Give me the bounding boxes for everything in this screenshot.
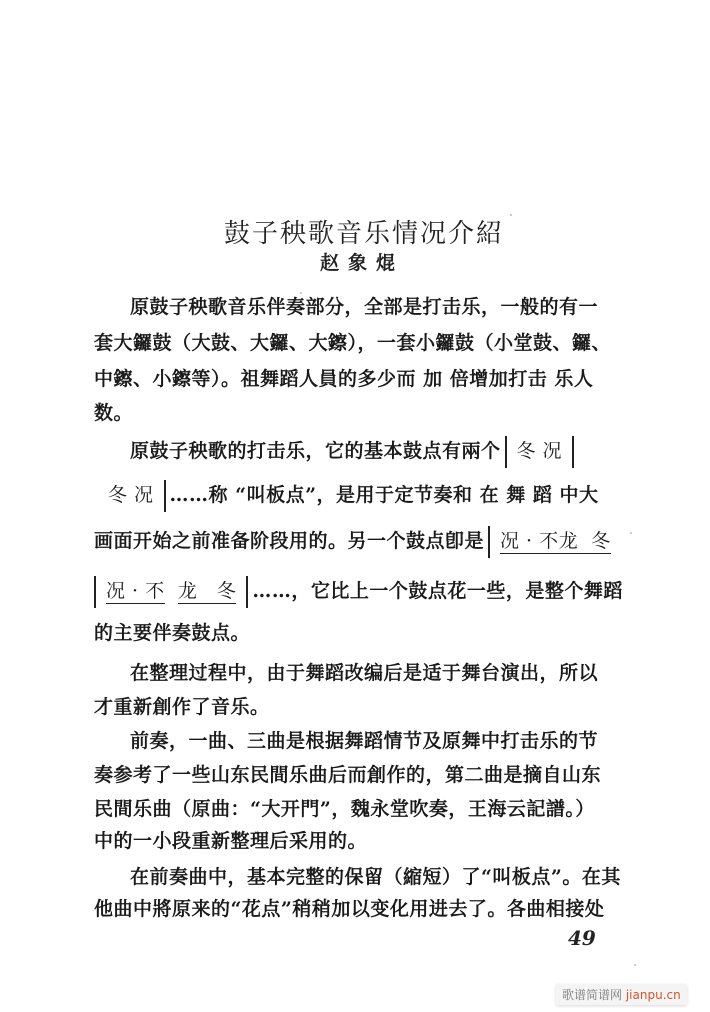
scan-speck	[300, 292, 302, 294]
paragraph-2-text: ……称 “叫板点”，是用于定节奏和 在 舞 蹈 中大	[170, 484, 599, 506]
paragraph-3-line-2: 才重新創作了音乐。	[94, 694, 634, 720]
paragraph-2-text: 原鼓子秧歌的打击乐，它的基本鼓点有兩个	[130, 440, 501, 462]
paragraph-1-line-2: 套大鑼鼓（大鼓、大鑼、大鑔），一套小鑼鼓（小堂鼓、鑼、	[94, 330, 634, 356]
paragraph-2-line-5: 的主要伴奏鼓点。	[94, 620, 634, 646]
author-name: 赵象焜	[0, 248, 710, 275]
paragraph-4-line-4: 中的一小段重新整理后采用的。	[94, 828, 634, 854]
drum-beat-notation-jiaoban-part2: 冬 况	[94, 480, 166, 512]
beat-text: 冬 况	[517, 440, 563, 462]
beat-text: 龙	[559, 530, 579, 554]
scan-speck	[510, 214, 512, 216]
paragraph-5-line-2: 他曲中將原来的“花点”稍稍加以变化用进去了。各曲相接处	[94, 896, 634, 922]
paragraph-2-line-2: 冬 况……称 “叫板点”，是用于定节奏和 在 舞 蹈 中大	[94, 480, 634, 512]
scan-speck	[634, 964, 636, 966]
paragraph-2-line-4: 况 · 不 龙 冬……，它比上一个鼓点花一些，是整个舞蹈	[94, 576, 634, 608]
paragraph-1-line-1: 原鼓子秧歌音乐伴奏部分，全部是打击乐，一般的有一	[130, 294, 670, 320]
paragraph-2-text: ……，它比上一个鼓点花一些，是整个舞蹈	[252, 580, 623, 602]
beat-text: 冬 况	[108, 484, 154, 506]
paragraph-4-line-1: 前奏，一曲、三曲是根据舞蹈情节及原舞中打击乐的节	[130, 728, 670, 754]
watermark-site-name: 歌谱简谱网	[562, 988, 622, 1002]
paragraph-3-line-1: 在整理过程中，由于舞蹈改编后是适于舞台演出，所以	[130, 660, 670, 686]
beat-text: 冬	[578, 530, 611, 554]
beat-text: 龙 冬	[178, 580, 237, 604]
paragraph-4-line-2: 奏参考了一些山东民間乐曲后而創作的，第二曲是摘自山东	[94, 762, 634, 788]
page-title: 鼓子秧歌音乐情况介紹	[0, 213, 710, 250]
paragraph-2-text: 画面开始之前准备阶段用的。另一个鼓点卽是	[94, 530, 484, 552]
beat-text: 况 · 不	[500, 530, 559, 554]
watermark: 歌谱简谱网 jianpu.cn	[556, 984, 687, 1005]
paragraph-1-line-4: 数。	[94, 400, 634, 426]
scan-speck	[630, 532, 632, 534]
paragraph-1-line-3: 中鑔、小鑔等）。祖舞蹈人員的多少而 加 倍增加打击 乐人	[94, 366, 634, 392]
paragraph-2-line-1: 原鼓子秧歌的打击乐，它的基本鼓点有兩个冬 况	[130, 436, 670, 468]
drum-beat-notation-huadian-part2: 况 · 不 龙 冬	[94, 576, 248, 608]
paragraph-5-line-1: 在前奏曲中，基本完整的保留（縮短）了“叫板点”。在其	[130, 864, 670, 890]
drum-beat-notation-jiaoban-part1: 冬 况	[505, 436, 575, 468]
drum-beat-notation-huadian-part1: 况 · 不龙 冬	[488, 526, 611, 558]
beat-text: 况 · 不	[106, 580, 165, 604]
watermark-site-url: jianpu.cn	[626, 988, 681, 1002]
paragraph-4-line-3: 民間乐曲（原曲：“大开門”，魏永堂吹奏，王海云記譜。）	[94, 796, 634, 822]
paragraph-2-line-3: 画面开始之前准备阶段用的。另一个鼓点卽是况 · 不龙 冬	[94, 526, 634, 558]
page-number: 49	[568, 926, 596, 950]
